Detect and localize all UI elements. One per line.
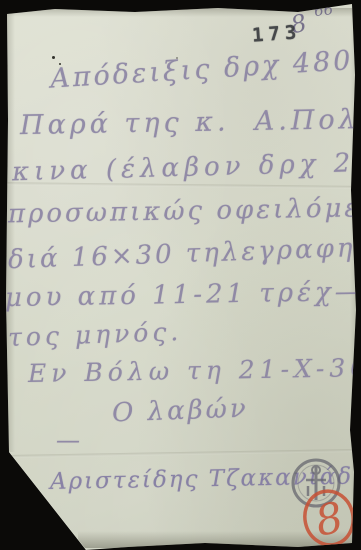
handwritten-line-4: προσωπικώς οφειλόμενα bbox=[8, 193, 361, 230]
paper: 66 8 173 Απόδειξις δρχ 480. Παρά της κ. … bbox=[0, 0, 361, 550]
pencil-annotation-66: 66 bbox=[313, 0, 334, 20]
handwritten-receiver-line: Ο λαβών bbox=[112, 394, 250, 429]
dust-speck bbox=[52, 56, 55, 59]
handwritten-dash: — bbox=[56, 426, 80, 454]
stamps-group: 8 bbox=[276, 448, 361, 550]
torn-corner-edge bbox=[3, 449, 89, 550]
handwritten-date-line: Εν Βόλω τη 21-X-30 bbox=[28, 353, 361, 388]
paper-shading bbox=[6, 10, 15, 452]
handwritten-line-6: μου από 11-21 τρέχ— bbox=[5, 277, 361, 313]
handwritten-line-2: Παρά της κ. Α.Πολ- bbox=[20, 104, 361, 141]
red-stamp-digit: 8 bbox=[311, 492, 347, 545]
red-number-stamp-icon: 8 bbox=[300, 487, 358, 550]
handwritten-line-7: τος μηνός. bbox=[8, 317, 183, 352]
paper-shading bbox=[0, 8, 361, 17]
page-number-stamp: 173 bbox=[251, 21, 302, 46]
handwritten-line-3: κινα (έλαβον δρχ 25 — bbox=[12, 147, 361, 188]
scanned-document: 66 8 173 Απόδειξις δρχ 480. Παρά της κ. … bbox=[0, 0, 361, 550]
handwritten-line-5: διά 16×30 τηλεγραφημάτ. bbox=[8, 231, 361, 276]
handwritten-line-1: Απόδειξις δρχ 480. bbox=[49, 44, 361, 94]
